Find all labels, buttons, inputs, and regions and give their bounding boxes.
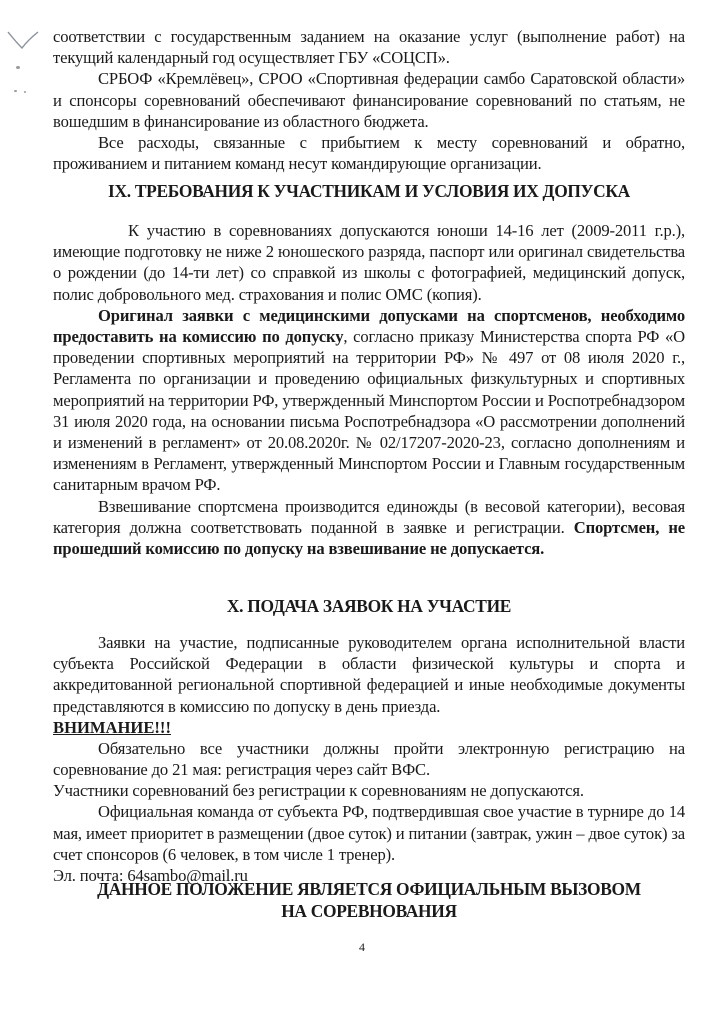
section-10: X. ПОДАЧА ЗАЯВОК НА УЧАСТИЕ: [53, 595, 685, 617]
section-10-body: Заявки на участие, подписанные руководит…: [53, 632, 685, 886]
section-9-body: К участию в соревнованиях допускаются юн…: [53, 220, 685, 559]
medical-clearance-paragraph: Оригинал заявки с медицинскими допусками…: [53, 305, 685, 496]
intro-block: соответствии с государственным заданием …: [53, 26, 685, 174]
document-page: соответствии с государственным заданием …: [0, 0, 724, 1024]
weigh-in-paragraph: Взвешивание спортсмена производится един…: [53, 496, 685, 560]
sponsorship-paragraph: Официальная команда от субъекта РФ, подт…: [53, 801, 685, 865]
checkmark-margin-mark: [6, 26, 40, 52]
closing-statement: ДАННОЕ ПОЛОЖЕНИЕ ЯВЛЯЕТСЯ ОФИЦИАЛЬНЫМ ВЫ…: [53, 878, 685, 922]
closing-line-1: ДАННОЕ ПОЛОЖЕНИЕ ЯВЛЯЕТСЯ ОФИЦИАЛЬНЫМ ВЫ…: [53, 878, 685, 900]
section-9: IX. ТРЕБОВАНИЯ К УЧАСТНИКАМ И УСЛОВИЯ ИХ…: [53, 180, 685, 202]
section-10-title: X. ПОДАЧА ЗАЯВОК НА УЧАСТИЕ: [53, 595, 685, 617]
scan-speck: [14, 90, 17, 92]
attention-label: ВНИМАНИЕ!!!: [53, 717, 685, 738]
funding-paragraph: СРБОФ «Кремлёвец», СРОО «Спортивная феде…: [53, 68, 685, 132]
no-registration-paragraph: Участники соревнований без регистрации к…: [53, 780, 685, 801]
scan-speck: [16, 66, 20, 69]
scan-speck: [24, 91, 26, 93]
eligibility-paragraph: К участию в соревнованиях допускаются юн…: [53, 220, 685, 305]
page-number: 4: [0, 940, 724, 955]
registration-paragraph: Обязательно все участники должны пройти …: [53, 738, 685, 780]
closing-line-2: НА СОРЕВНОВАНИЯ: [53, 900, 685, 922]
intro-continued-paragraph: соответствии с государственным заданием …: [53, 26, 685, 68]
expenses-paragraph: Все расходы, связанные с прибытием к мес…: [53, 132, 685, 174]
section-9-title: IX. ТРЕБОВАНИЯ К УЧАСТНИКАМ И УСЛОВИЯ ИХ…: [53, 180, 685, 202]
applications-paragraph: Заявки на участие, подписанные руководит…: [53, 632, 685, 717]
medical-clearance-rest: , согласно приказу Министерства спорта Р…: [53, 327, 685, 494]
checkmark-icon: [6, 26, 40, 52]
